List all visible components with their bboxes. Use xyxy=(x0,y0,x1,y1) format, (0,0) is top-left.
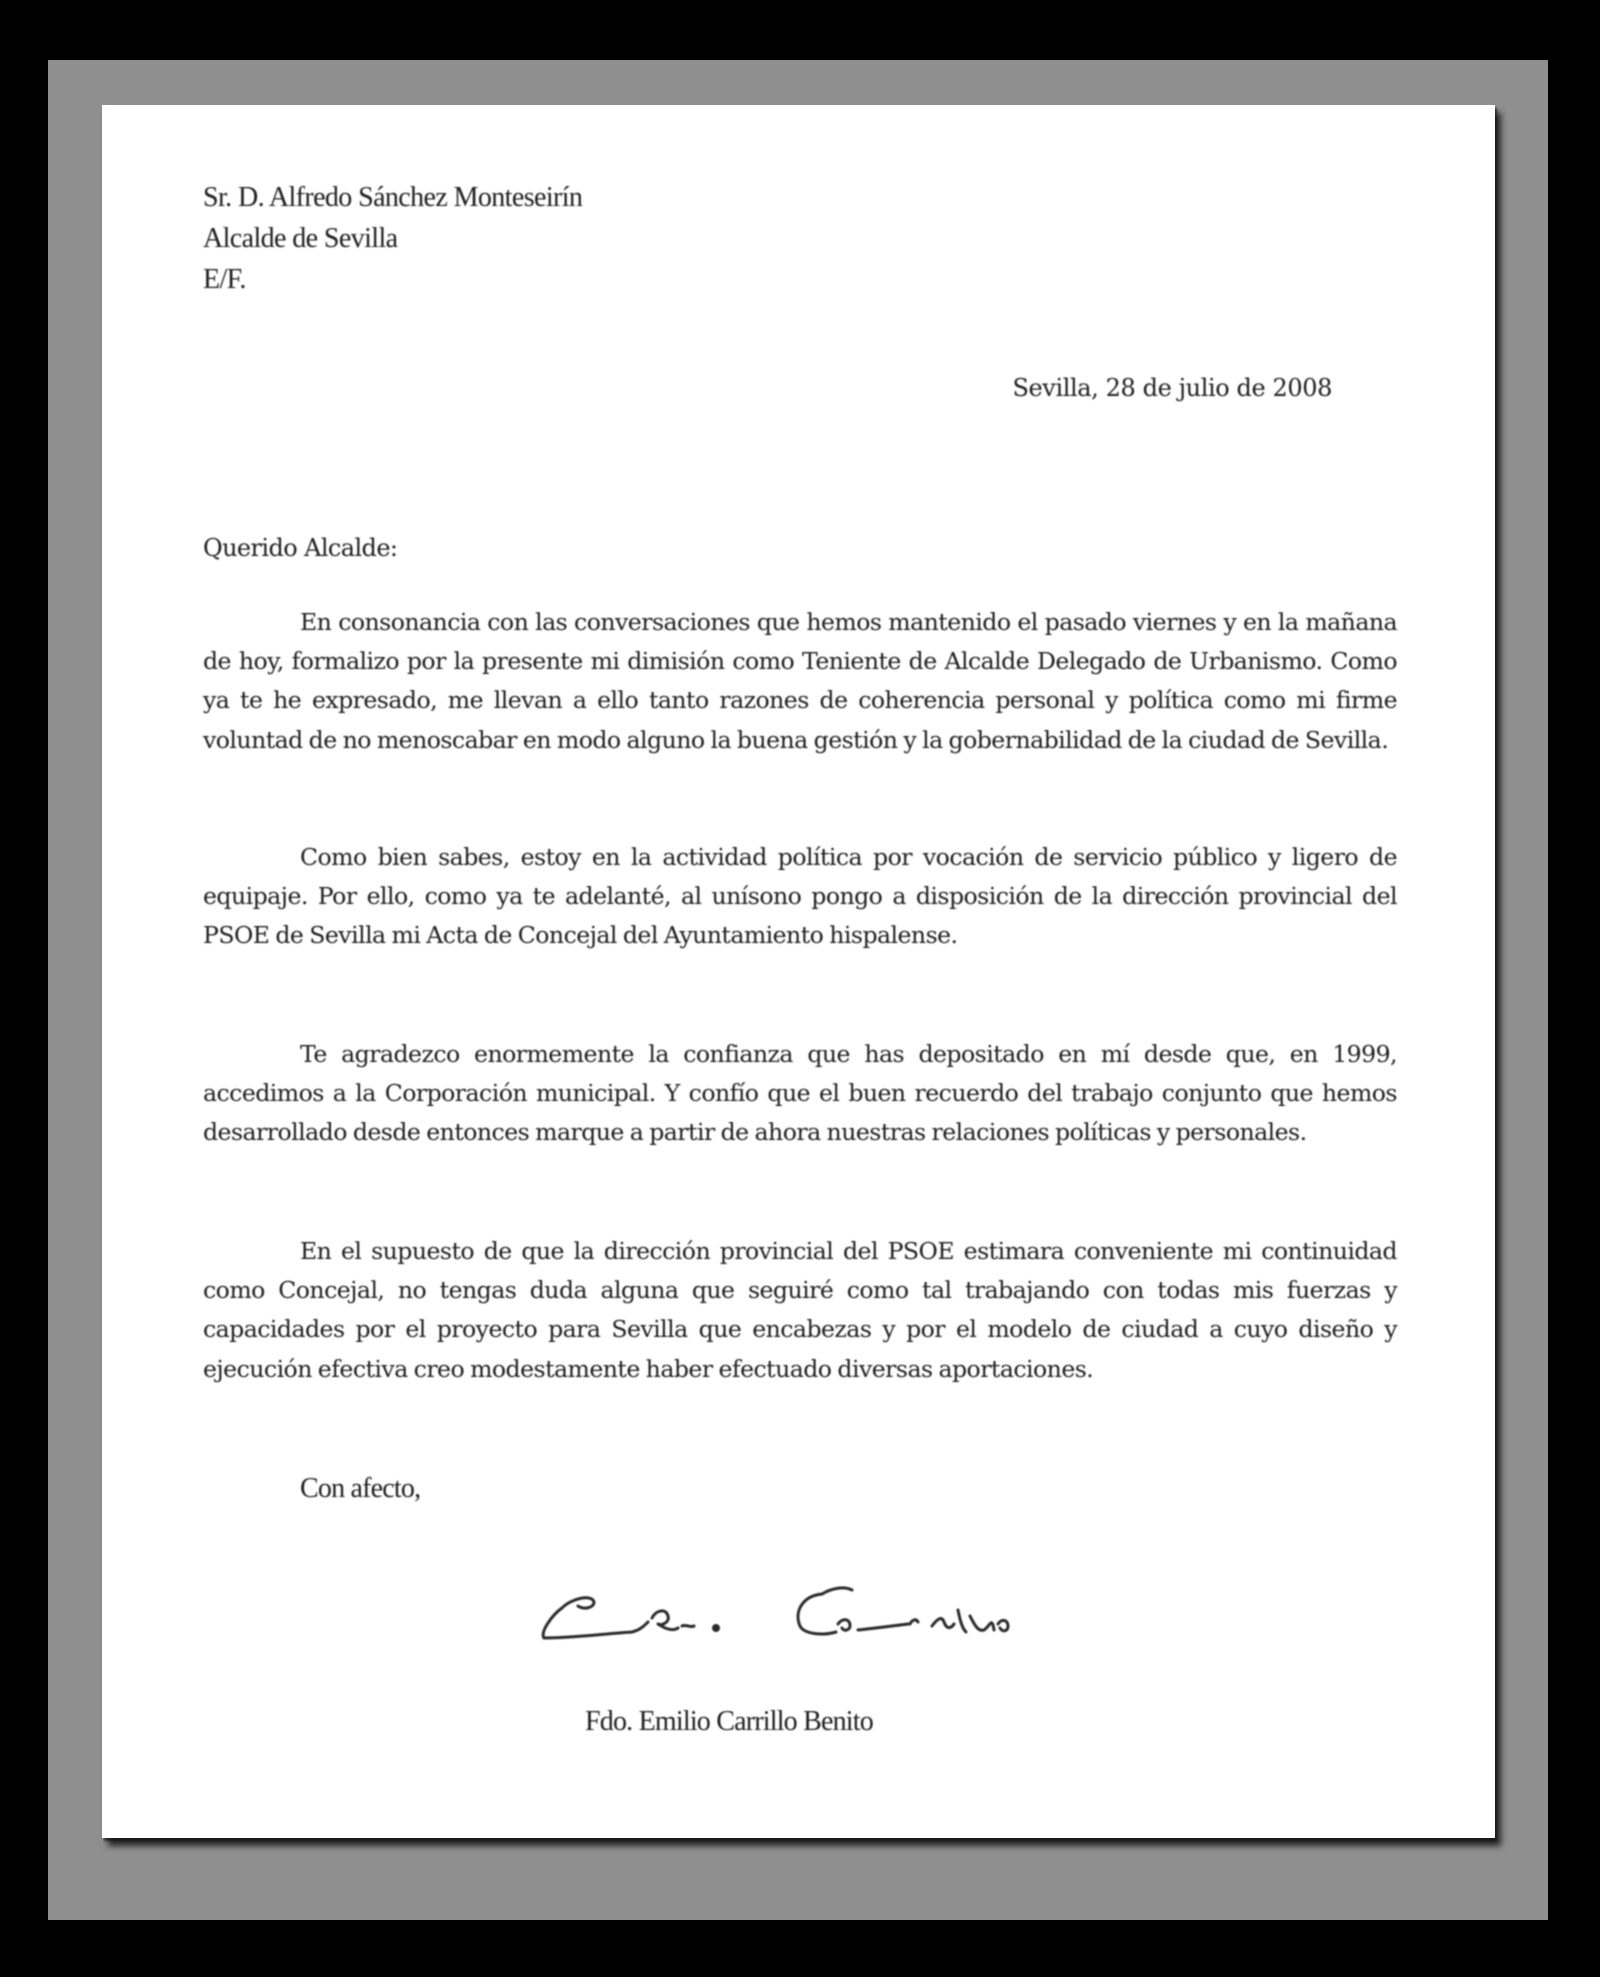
paragraph-2: Como bien sabes, estoy en la actividad p… xyxy=(203,838,1397,956)
closing: Con afecto, xyxy=(300,1469,420,1508)
recipient-delivery: E/F. xyxy=(203,259,582,300)
recipient-name: Sr. D. Alfredo Sánchez Monteseirín xyxy=(203,177,582,218)
signer-name: Fdo. Emilio Carrillo Benito xyxy=(585,1702,873,1741)
letter-page: Sr. D. Alfredo Sánchez Monteseirín Alcal… xyxy=(102,105,1495,1838)
date-line: Sevilla, 28 de julio de 2008 xyxy=(1012,369,1332,408)
salutation: Querido Alcalde: xyxy=(203,529,397,568)
recipient-title: Alcalde de Sevilla xyxy=(203,218,582,259)
recipient-block: Sr. D. Alfredo Sánchez Monteseirín Alcal… xyxy=(203,177,582,300)
signature-icon xyxy=(532,1560,1092,1650)
photo-frame-background: Sr. D. Alfredo Sánchez Monteseirín Alcal… xyxy=(0,0,1600,1977)
paragraph-4: En el supuesto de que la dirección provi… xyxy=(203,1232,1397,1389)
paragraph-1: En consonancia con las conversaciones qu… xyxy=(203,603,1397,760)
paragraph-3: Te agradezco enormemente la confianza qu… xyxy=(203,1035,1397,1153)
